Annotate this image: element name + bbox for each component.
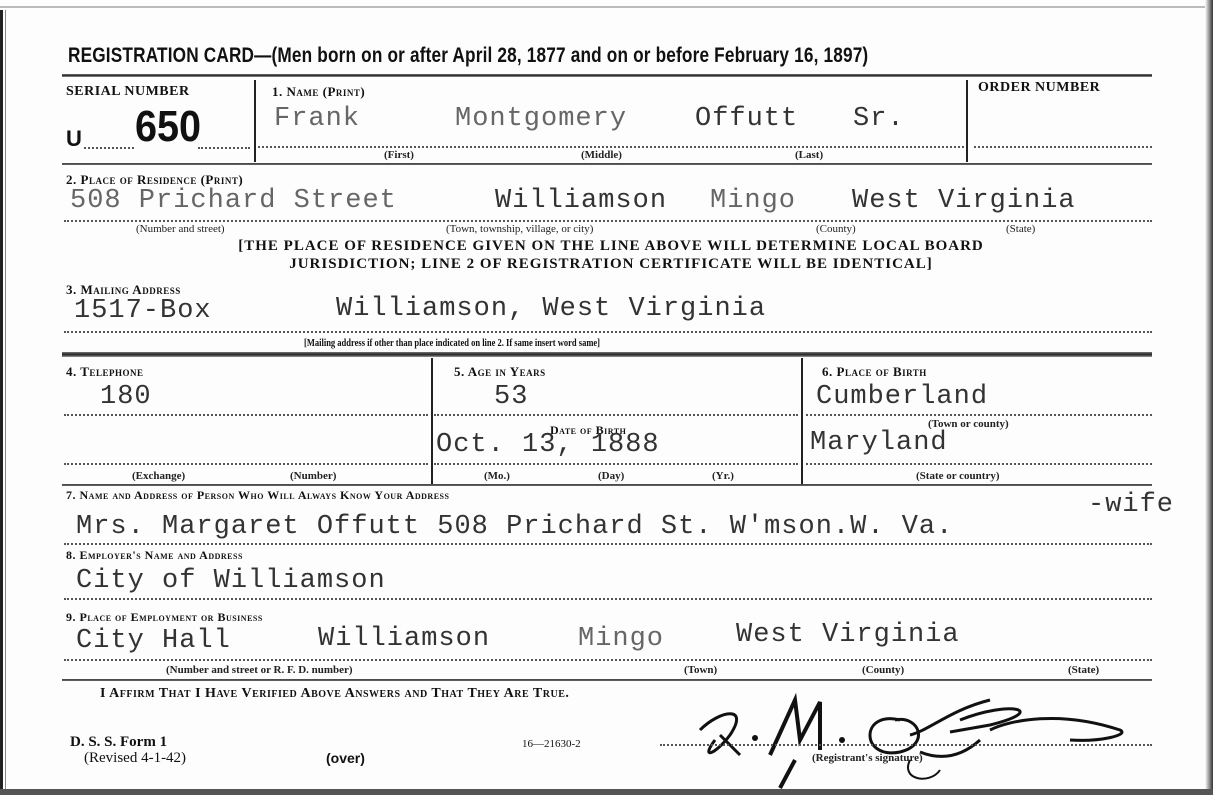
caption-employment-town: (Town) <box>684 664 717 676</box>
over-note: (over) <box>326 750 365 766</box>
signature-dotted-line <box>660 744 1152 746</box>
telephone-dotted-line <box>64 414 428 416</box>
employer-dotted-line <box>64 598 1152 600</box>
employer-label: 8. Employer's Name and Address <box>66 548 243 563</box>
order-number-label: ORDER NUMBER <box>978 80 1100 96</box>
mailing-box: 1517-Box <box>74 296 212 326</box>
name-first: Frank <box>274 104 360 134</box>
employment-label: 9. Place of Employment or Business <box>66 610 263 625</box>
age-value: 53 <box>494 382 528 412</box>
residence-dotted-line <box>64 220 1152 222</box>
caption-last: (Last) <box>795 149 823 161</box>
signature-caption: (Registrant's signature) <box>812 752 923 764</box>
contact-label: 7. Name and Address of Person Who Will A… <box>66 488 449 503</box>
caption-employment-state: (State) <box>1068 664 1099 676</box>
divider <box>966 80 968 162</box>
caption-state: (State) <box>1006 223 1035 235</box>
order-dotted-line <box>974 146 1152 148</box>
contact-relation: -wife <box>1088 490 1174 520</box>
caption-number: (Number) <box>290 470 336 482</box>
caption-middle: (Middle) <box>581 149 622 161</box>
contact-value: Mrs. Margaret Offutt 508 Prichard St. W'… <box>76 512 953 542</box>
divider <box>62 484 1152 486</box>
residence-county: Mingo <box>710 186 796 216</box>
name-label: 1. Name (Print) <box>272 84 365 100</box>
dob-dotted-line <box>434 463 798 465</box>
age-dotted-line <box>434 414 798 416</box>
serial-prefix: U <box>66 126 82 152</box>
telephone-value: 180 <box>100 382 152 412</box>
caption-day: (Day) <box>598 470 624 482</box>
form-revised: (Revised 4-1-42) <box>84 750 186 767</box>
divider <box>801 358 803 486</box>
card-title: REGISTRATION CARD—(Men born on or after … <box>68 44 868 68</box>
serial-dotted-line <box>84 147 134 149</box>
name-last: Offutt <box>695 104 798 134</box>
mailing-address: Williamson, West Virginia <box>336 294 766 324</box>
age-label: 5. Age in Years <box>454 364 546 380</box>
name-dotted-line <box>258 146 964 148</box>
mailing-note: [Mailing address if other than place ind… <box>304 338 600 349</box>
affirmation-text: I Affirm That I Have Verified Above Answ… <box>100 686 569 702</box>
birthplace-state: Maryland <box>810 428 948 458</box>
name-suffix: Sr. <box>853 104 905 134</box>
caption-month: (Mo.) <box>484 470 510 482</box>
employment-county: Mingo <box>578 624 664 654</box>
name-middle: Montgomery <box>455 104 627 134</box>
caption-employment-county: (County) <box>862 664 904 676</box>
employment-town: Williamson <box>318 624 490 654</box>
employment-state: West Virginia <box>736 620 960 650</box>
divider <box>62 352 1152 357</box>
caption-state-country: (State or country) <box>916 470 1000 482</box>
residence-notice-line2: JURISDICTION; LINE 2 OF REGISTRATION CER… <box>136 256 1086 273</box>
employment-dotted-line <box>64 659 1152 661</box>
residence-street: 508 Prichard Street <box>70 186 397 216</box>
divider <box>62 74 1152 77</box>
caption-year: (Yr.) <box>712 470 734 482</box>
caption-town: (Town, township, village, or city) <box>446 223 593 235</box>
residence-state: West Virginia <box>852 186 1076 216</box>
divider <box>62 163 1152 165</box>
registration-card: REGISTRATION CARD—(Men born on or after … <box>0 0 1213 795</box>
dob-value: Oct. 13, 1888 <box>436 430 660 460</box>
caption-exchange: (Exchange) <box>132 470 185 482</box>
divider <box>431 358 433 486</box>
card-top-edge <box>0 0 1213 8</box>
birthplace-town: Cumberland <box>816 382 988 412</box>
birthplace-label: 6. Place of Birth <box>822 364 927 380</box>
mailing-dotted-line <box>64 331 1152 333</box>
contact-dotted-line <box>64 543 1152 545</box>
caption-street: (Number and street) <box>136 223 225 235</box>
residence-town: Williamson <box>495 186 667 216</box>
card-left-edge <box>0 10 6 795</box>
employer-value: City of Williamson <box>76 566 386 596</box>
serial-number-label: SERIAL NUMBER <box>66 84 190 100</box>
caption-county: (County) <box>816 223 856 235</box>
birthplace-dotted-line <box>806 414 1152 416</box>
caption-employment-street: (Number and street or R. F. D. number) <box>166 664 353 676</box>
card-right-edge <box>1205 0 1213 795</box>
employment-street: City Hall <box>76 626 231 656</box>
divider <box>254 80 256 162</box>
signature-icon <box>660 680 1160 790</box>
serial-number-value: 650 <box>135 102 201 152</box>
form-number: D. S. S. Form 1 <box>70 734 167 751</box>
serial-dotted-line <box>198 147 250 149</box>
caption-first: (First) <box>384 149 414 161</box>
residence-notice-line1: [THE PLACE OF RESIDENCE GIVEN ON THE LIN… <box>136 238 1086 255</box>
birthplace-dotted-line <box>806 463 1152 465</box>
print-code: 16—21630-2 <box>522 738 581 750</box>
telephone-label: 4. Telephone <box>66 364 143 380</box>
telephone-dotted-line <box>64 463 428 465</box>
